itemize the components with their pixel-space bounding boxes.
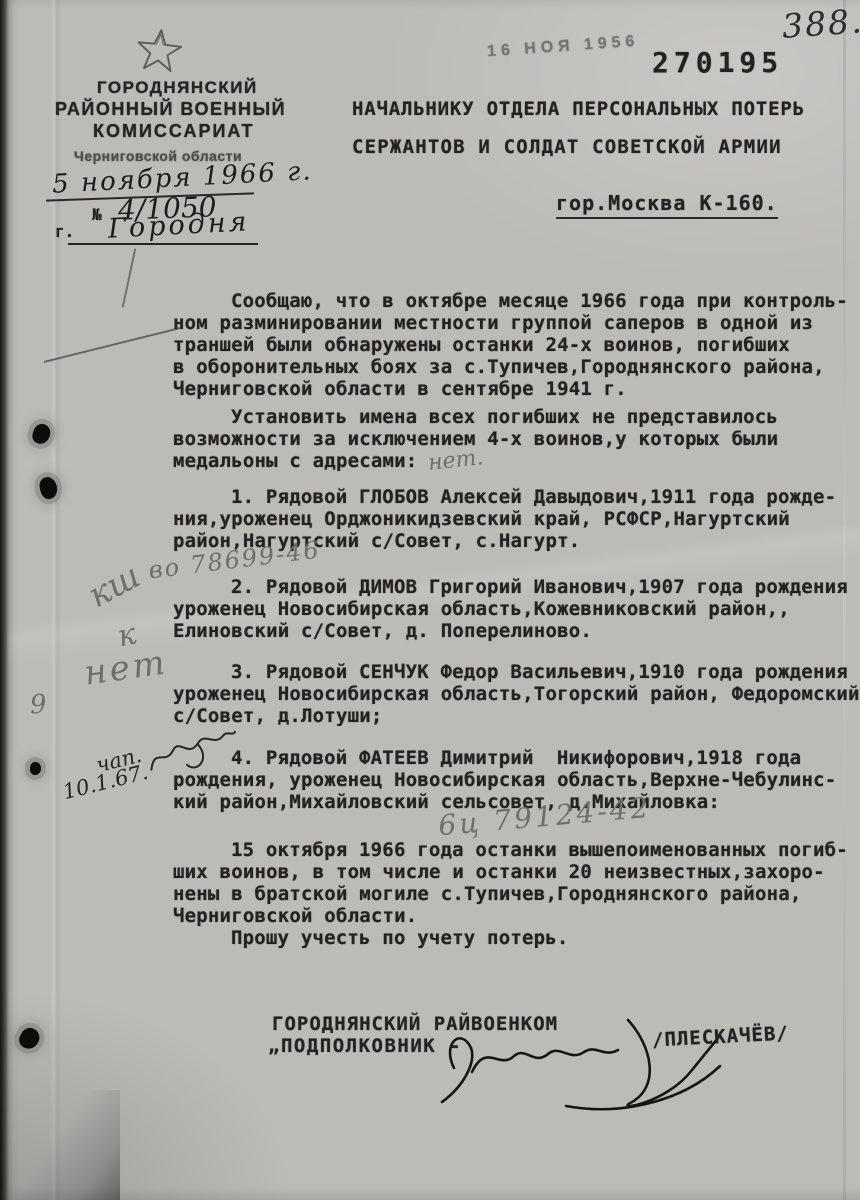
incoming-registration-number: 270195 xyxy=(652,46,783,79)
stamp-org-line3: КОМИССАРИАТ xyxy=(93,121,255,142)
list-item-soldier-3: 3. Рядовой СЕНЧУК Федор Васильевич,1910 … xyxy=(173,661,845,727)
paragraph-identification: Установить имена всех погибших не предст… xyxy=(173,406,845,472)
paper-crease xyxy=(0,1090,120,1200)
paragraph-burial: 15 октября 1966 года останки вышепоимено… xyxy=(173,839,845,927)
pen-stroke xyxy=(122,248,136,307)
paragraph-intro: Сообщаю, что в октябре месяце 1966 года … xyxy=(173,290,845,400)
punch-hole xyxy=(37,475,59,501)
pencil-note-net-margin: нет xyxy=(82,642,171,693)
paragraph-request: Прошу учесть по учету потерь. xyxy=(173,927,845,949)
document-body: Сообщаю, что в октябре месяце 1966 года … xyxy=(173,290,845,949)
pencil-note-nine: 9 xyxy=(29,689,48,720)
city-prefix: г. xyxy=(55,222,74,241)
handwritten-city: Городня xyxy=(107,206,250,244)
signature xyxy=(420,1008,730,1122)
receipt-date-stamp: 16 НОЯ 1956 xyxy=(487,33,640,62)
handwritten-page-number: 388. xyxy=(781,1,860,46)
pen-stroke xyxy=(44,327,180,363)
pencil-note-ksh: кш xyxy=(82,556,147,616)
addressee-line2: СЕРЖАНТОВ И СОЛДАТ СОВЕТСКОЙ АРМИИ xyxy=(352,136,782,158)
punch-hole xyxy=(30,422,53,447)
punch-hole xyxy=(16,1025,43,1053)
form-line xyxy=(68,243,258,245)
addressee-line1: НАЧАЛЬНИКУ ОТДЕЛА ПЕРСОНАЛЬНЫХ ПОТЕРЬ xyxy=(352,98,805,120)
stamp-org-line1: ГОРОДНЯНСКИЙ xyxy=(97,78,258,98)
stamp-org-line2: РАЙОННЫЙ ВОЕННЫЙ xyxy=(55,99,286,120)
document-page: 388. 16 НОЯ 1956 270195 ГОРОДНЯНСКИЙ РАЙ… xyxy=(0,0,860,1200)
star-icon xyxy=(134,26,185,81)
punch-hole xyxy=(30,762,41,775)
list-item-soldier-2: 2. Рядовой ДИМОВ Григорий Иванович,1907 … xyxy=(173,576,845,642)
number-sign: № xyxy=(92,205,102,224)
addressee-city: гор.Москва К-160. xyxy=(556,191,778,219)
